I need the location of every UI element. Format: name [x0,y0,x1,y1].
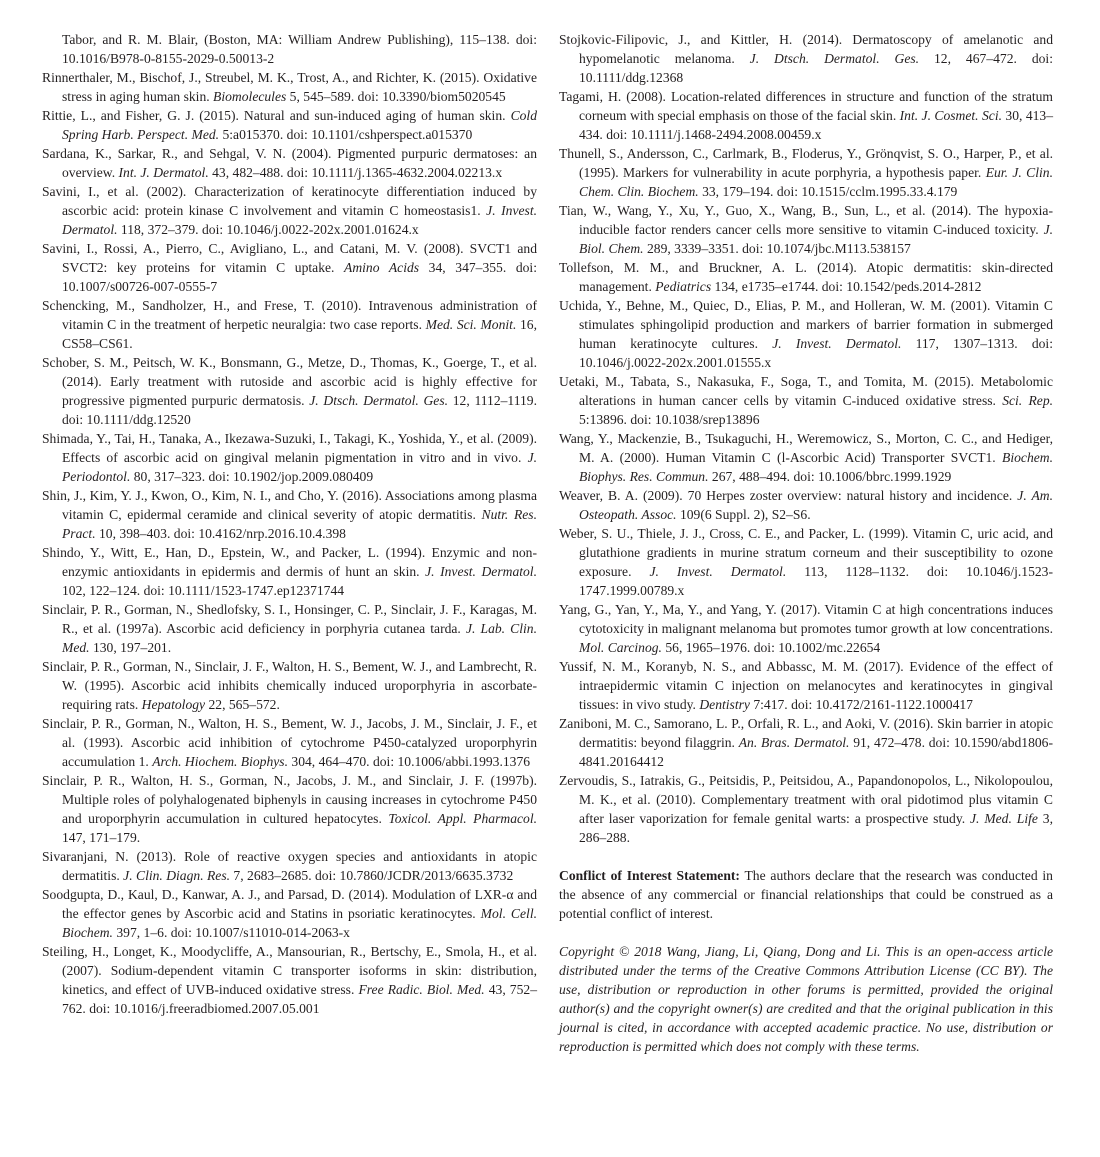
reference-text: Sinclair, P. R., Gorman, N., Sinclair, J… [42,659,537,712]
reference-entry: Uchida, Y., Behne, M., Quiec, D., Elias,… [559,296,1053,372]
reference-citation: 134, e1735–e1744. doi: 10.1542/peds.2014… [711,279,981,294]
reference-text: Tian, W., Wang, Y., Xu, Y., Guo, X., Wan… [559,203,1053,237]
reference-journal: Dentistry [699,697,750,712]
reference-journal: Mol. Carcinog. [579,640,662,655]
reference-entry: Shindo, Y., Witt, E., Han, D., Epstein, … [42,543,537,600]
reference-entry: Weaver, B. A. (2009). 70 Herpes zoster o… [559,486,1053,524]
reference-text: Tabor, and R. M. Blair, (Boston, MA: Wil… [62,32,537,66]
reference-citation: 304, 464–470. doi: 10.1006/abbi.1993.137… [288,754,530,769]
reference-journal: J. Dtsch. Dermatol. Ges. [750,51,919,66]
reference-entry: Tabor, and R. M. Blair, (Boston, MA: Wil… [42,30,537,68]
reference-citation: 102, 122–124. doi: 10.1111/1523-1747.ep1… [62,583,344,598]
reference-entry: Sinclair, P. R., Walton, H. S., Gorman, … [42,771,537,847]
reference-citation: 267, 488–494. doi: 10.1006/bbrc.1999.192… [709,469,952,484]
reference-citation: 109(6 Suppl. 2), S2–S6. [677,507,811,522]
reference-citation: 289, 3339–3351. doi: 10.1074/jbc.M113.53… [644,241,911,256]
reference-text: Rittie, L., and Fisher, G. J. (2015). Na… [42,108,511,123]
reference-citation: 10, 398–403. doi: 10.4162/nrp.2016.10.4.… [96,526,346,541]
reference-text: Soodgupta, D., Kaul, D., Kanwar, A. J., … [42,887,537,921]
reference-entry: Tagami, H. (2008). Location-related diff… [559,87,1053,144]
reference-entry: Schencking, M., Sandholzer, H., and Fres… [42,296,537,353]
reference-entry: Savini, I., et al. (2002). Characterizat… [42,182,537,239]
reference-journal: J. Dtsch. Dermatol. Ges. [309,393,448,408]
reference-citation: 33, 179–194. doi: 10.1515/cclm.1995.33.4… [699,184,958,199]
reference-entry: Sardana, K., Sarkar, R., and Sehgal, V. … [42,144,537,182]
reference-entry: Uetaki, M., Tabata, S., Nakasuka, F., So… [559,372,1053,429]
reference-entry: Tollefson, M. M., and Bruckner, A. L. (2… [559,258,1053,296]
reference-entry: Shin, J., Kim, Y. J., Kwon, O., Kim, N. … [42,486,537,543]
reference-text: Wang, Y., Mackenzie, B., Tsukaguchi, H.,… [559,431,1053,465]
reference-citation: 56, 1965–1976. doi: 10.1002/mc.22654 [662,640,880,655]
reference-citation: 5:13896. doi: 10.1038/srep13896 [579,412,760,427]
references-list-right: Stojkovic-Filipovic, J., and Kittler, H.… [559,30,1053,847]
reference-entry: Wang, Y., Mackenzie, B., Tsukaguchi, H.,… [559,429,1053,486]
reference-entry: Zervoudis, S., Iatrakis, G., Peitsidis, … [559,771,1053,847]
reference-journal: Hepatology [142,697,205,712]
reference-citation: 397, 1–6. doi: 10.1007/s11010-014-2063-x [113,925,350,940]
reference-journal: J. Invest. Dermatol. [649,564,786,579]
references-right-column: Stojkovic-Filipovic, J., and Kittler, H.… [559,30,1053,1070]
reference-entry: Sinclair, P. R., Gorman, N., Shedlofsky,… [42,600,537,657]
reference-citation: 43, 482–488. doi: 10.1111/j.1365-4632.20… [209,165,502,180]
reference-text: Sinclair, P. R., Gorman, N., Shedlofsky,… [42,602,537,636]
reference-journal: Toxicol. Appl. Pharmacol. [388,811,537,826]
reference-journal: Med. Sci. Monit. [426,317,517,332]
reference-entry: Rittie, L., and Fisher, G. J. (2015). Na… [42,106,537,144]
reference-citation: 5, 545–589. doi: 10.3390/biom5020545 [286,89,505,104]
conflict-of-interest-heading: Conflict of Interest Statement: [559,868,740,883]
reference-citation: 118, 372–379. doi: 10.1046/j.0022-202x.2… [118,222,419,237]
reference-text: Thunell, S., Andersson, C., Carlmark, B.… [559,146,1053,180]
reference-entry: Sivaranjani, N. (2013). Role of reactive… [42,847,537,885]
reference-text: Weaver, B. A. (2009). 70 Herpes zoster o… [559,488,1017,503]
reference-entry: Soodgupta, D., Kaul, D., Kanwar, A. J., … [42,885,537,942]
reference-citation: 7, 2683–2685. doi: 10.7860/JCDR/2013/663… [230,868,513,883]
reference-journal: Amino Acids [344,260,419,275]
reference-journal: Arch. Hiochem. Biophys. [152,754,288,769]
reference-entry: Sinclair, P. R., Gorman, N., Walton, H. … [42,714,537,771]
references-left-column: Tabor, and R. M. Blair, (Boston, MA: Wil… [42,30,537,1018]
reference-text: Yang, G., Yan, Y., Ma, Y., and Yang, Y. … [559,602,1053,636]
reference-citation: 130, 197–201. [90,640,172,655]
reference-journal: J. Invest. Dermatol. [772,336,901,351]
reference-journal: Biomolecules [213,89,286,104]
reference-entry: Shimada, Y., Tai, H., Tanaka, A., Ikezaw… [42,429,537,486]
reference-journal: Int. J. Dermatol. [119,165,209,180]
conflict-of-interest-statement: Conflict of Interest Statement: The auth… [559,866,1053,923]
reference-entry: Zaniboni, M. C., Samorano, L. P., Orfali… [559,714,1053,771]
reference-journal: J. Clin. Diagn. Res. [123,868,230,883]
reference-journal: An. Bras. Dermatol. [739,735,850,750]
reference-citation: 80, 317–323. doi: 10.1902/jop.2009.08040… [130,469,373,484]
reference-journal: Pediatrics [655,279,711,294]
reference-entry: Schober, S. M., Peitsch, W. K., Bonsmann… [42,353,537,429]
reference-journal: Free Radic. Biol. Med. [358,982,484,997]
reference-citation: 7:417. doi: 10.4172/2161-1122.1000417 [750,697,973,712]
reference-entry: Steiling, H., Longet, K., Moodycliffe, A… [42,942,537,1018]
reference-text: Shin, J., Kim, Y. J., Kwon, O., Kim, N. … [42,488,537,522]
reference-entry: Rinnerthaler, M., Bischof, J., Streubel,… [42,68,537,106]
reference-entry: Thunell, S., Andersson, C., Carlmark, B.… [559,144,1053,201]
reference-text: Shimada, Y., Tai, H., Tanaka, A., Ikezaw… [42,431,537,465]
reference-citation: 22, 565–572. [205,697,280,712]
reference-entry: Sinclair, P. R., Gorman, N., Sinclair, J… [42,657,537,714]
reference-citation: 5:a015370. doi: 10.1101/cshperspect.a015… [219,127,472,142]
reference-text: Uetaki, M., Tabata, S., Nakasuka, F., So… [559,374,1053,408]
reference-entry: Savini, I., Rossi, A., Pierro, C., Avigl… [42,239,537,296]
reference-journal: J. Med. Life [970,811,1038,826]
reference-journal: J. Invest. Dermatol. [425,564,537,579]
reference-text: Savini, I., et al. (2002). Characterizat… [42,184,537,218]
reference-entry: Yang, G., Yan, Y., Ma, Y., and Yang, Y. … [559,600,1053,657]
reference-journal: Int. J. Cosmet. Sci. [900,108,1002,123]
reference-entry: Stojkovic-Filipovic, J., and Kittler, H.… [559,30,1053,87]
copyright-notice: Copyright © 2018 Wang, Jiang, Li, Qiang,… [559,942,1053,1056]
reference-journal: Sci. Rep. [1002,393,1053,408]
reference-entry: Tian, W., Wang, Y., Xu, Y., Guo, X., Wan… [559,201,1053,258]
reference-entry: Yussif, N. M., Koranyb, N. S., and Abbas… [559,657,1053,714]
reference-entry: Weber, S. U., Thiele, J. J., Cross, C. E… [559,524,1053,600]
reference-citation: 147, 171–179. [62,830,140,845]
